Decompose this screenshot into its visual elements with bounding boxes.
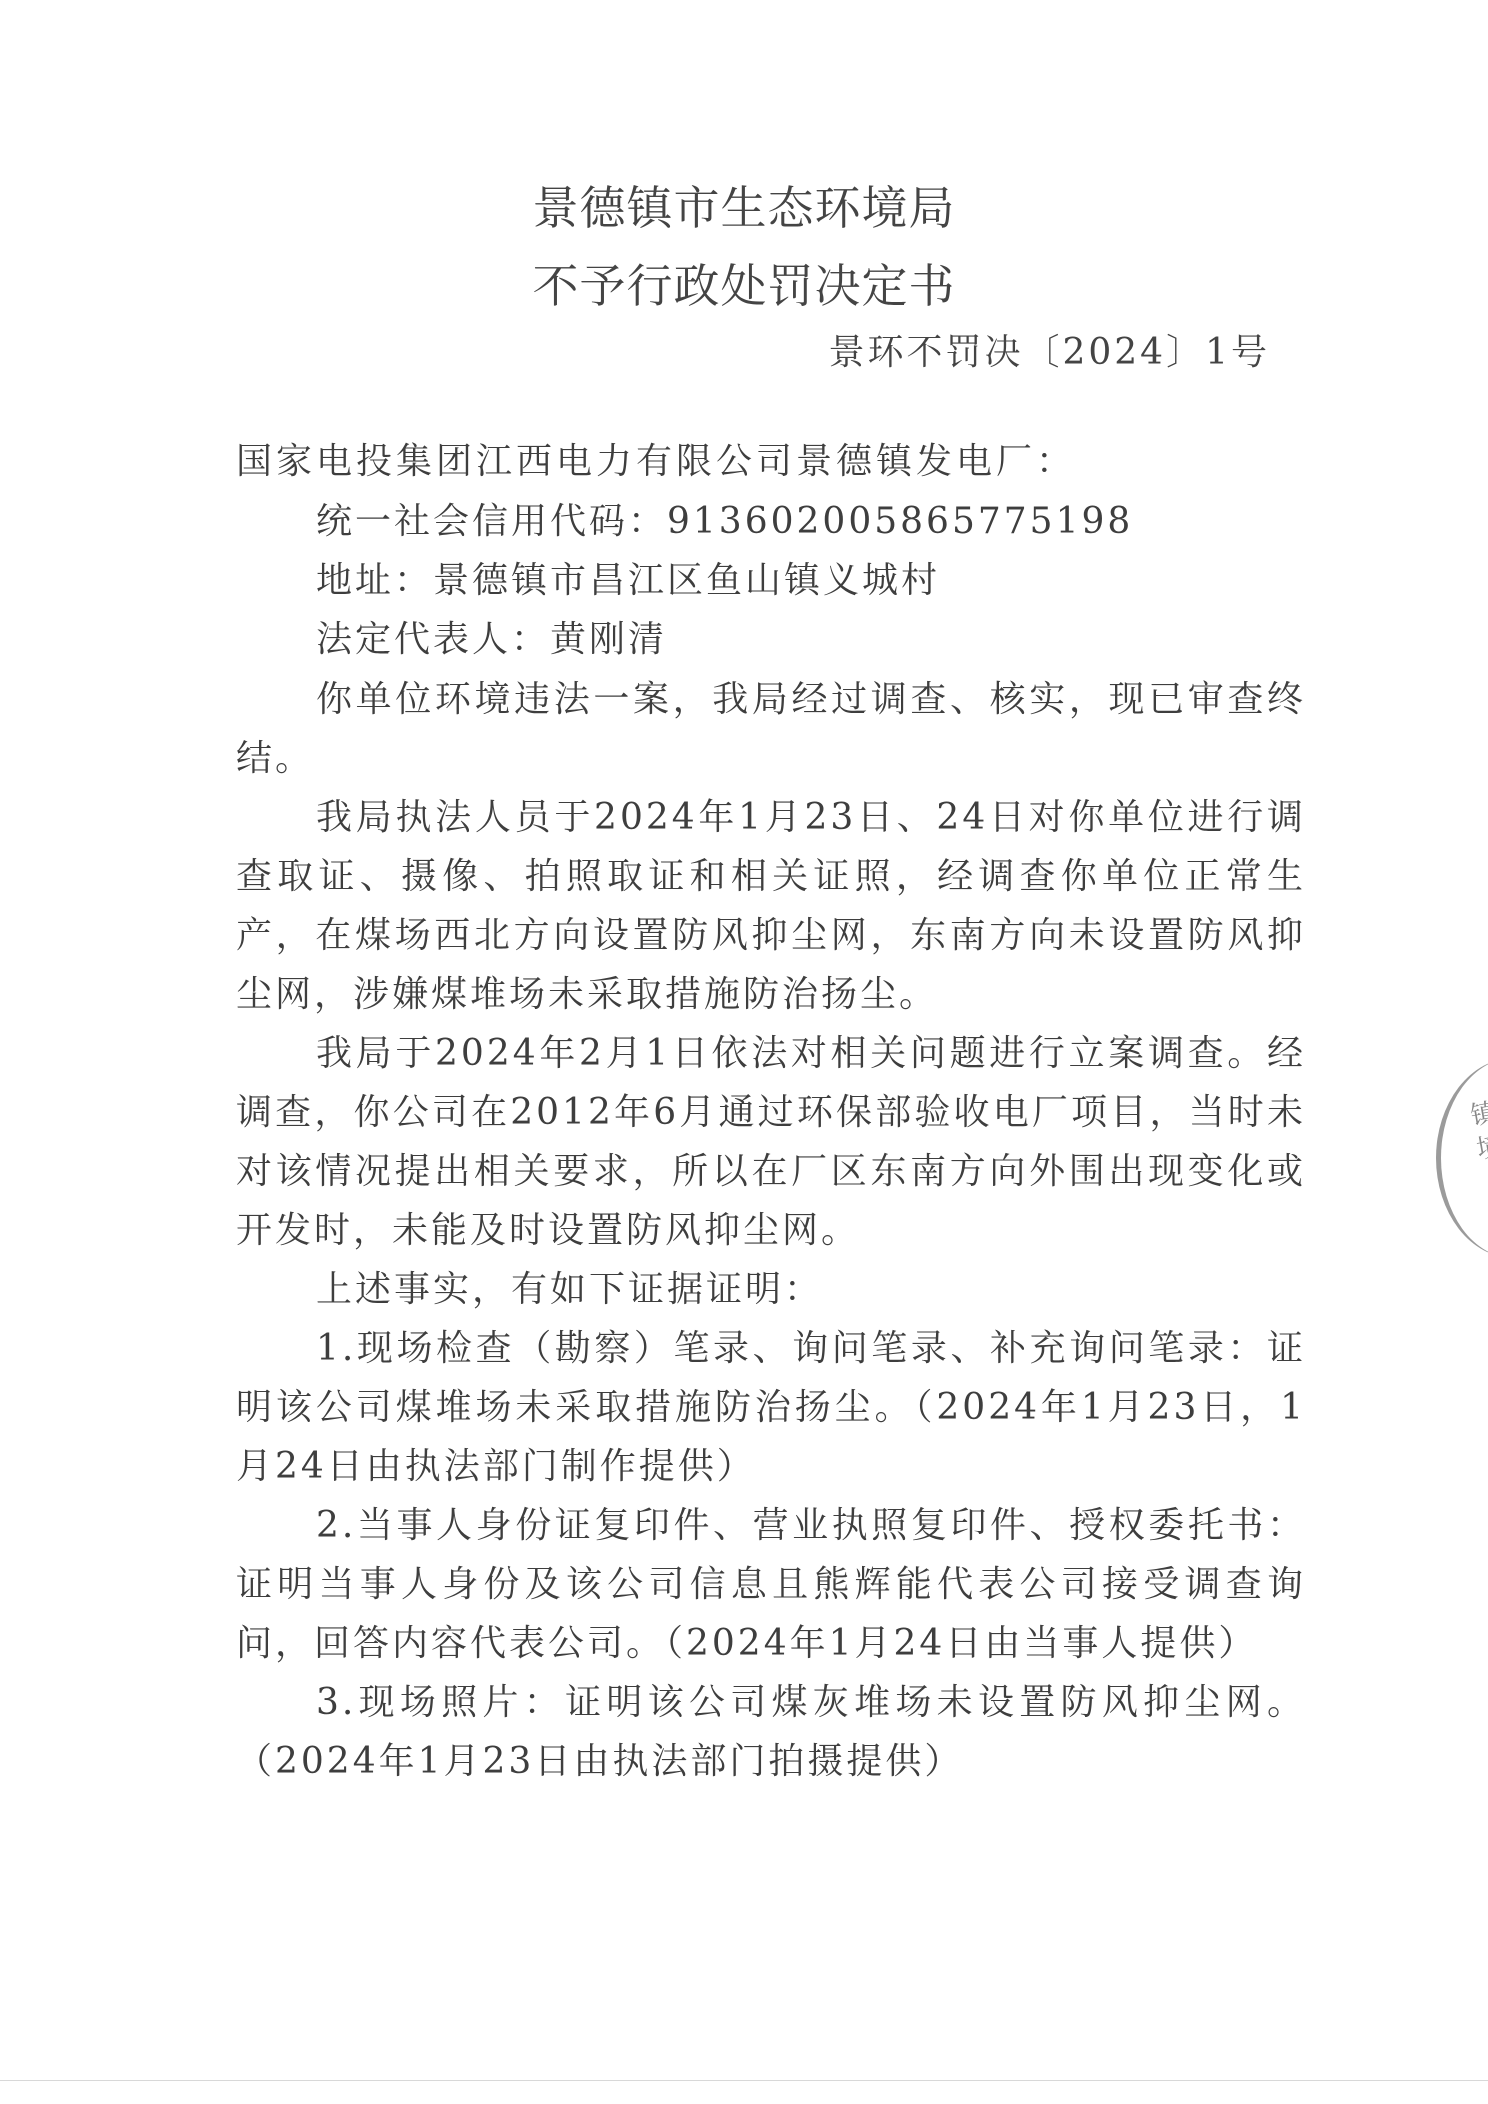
evidence-item: 1.现场检查（勘察）笔录、询问笔录、补充询问笔录：证明该公司煤堆场未采取措施防治… <box>236 1319 1306 1496</box>
paragraph-investigation: 我局执法人员于2024年1月23日、24日对你单位进行调查取证、摄像、拍照取证和… <box>236 788 1306 1024</box>
paragraph-filing: 我局于2024年2月1日依法对相关问题进行立案调查。经调查，你公司在2012年6… <box>236 1024 1306 1260</box>
evidence-item: 2.当事人身份证复印件、营业执照复印件、授权委托书：证明当事人身份及该公司信息且… <box>236 1496 1306 1673</box>
document-number: 景环不罚决〔2024〕1号 <box>828 330 1270 376</box>
document-page: 景德镇市生态环境局 不予行政处罚决定书 景环不罚决〔2024〕1号 国家电投集团… <box>0 0 1488 2104</box>
agency-title: 景德镇市生态环境局 <box>0 180 1488 236</box>
document-title: 不予行政处罚决定书 <box>0 258 1488 314</box>
evidence-item: 3.现场照片：证明该公司煤灰堆场未设置防风抑尘网。（2024年1月23日由执法部… <box>236 1673 1306 1791</box>
paragraph-evidence-intro: 上述事实，有如下证据证明： <box>236 1260 1306 1319</box>
address: 地址：景德镇市昌江区鱼山镇义城村 <box>236 551 1306 610</box>
party-info: 统一社会信用代码：913602005865775198 地址：景德镇市昌江区鱼山… <box>236 492 1306 669</box>
recipient-name: 国家电投集团江西电力有限公司景德镇发电厂： <box>236 432 1306 492</box>
credit-code: 统一社会信用代码：913602005865775198 <box>236 492 1306 551</box>
scan-edge-line <box>0 2080 1488 2081</box>
case-body: 你单位环境违法一案，我局经过调查、核实，现已审查终结。 我局执法人员于2024年… <box>236 670 1306 1791</box>
paragraph-case-concluded: 你单位环境违法一案，我局经过调查、核实，现已审查终结。 <box>236 670 1306 788</box>
legal-representative: 法定代表人：黄刚清 <box>236 610 1306 669</box>
